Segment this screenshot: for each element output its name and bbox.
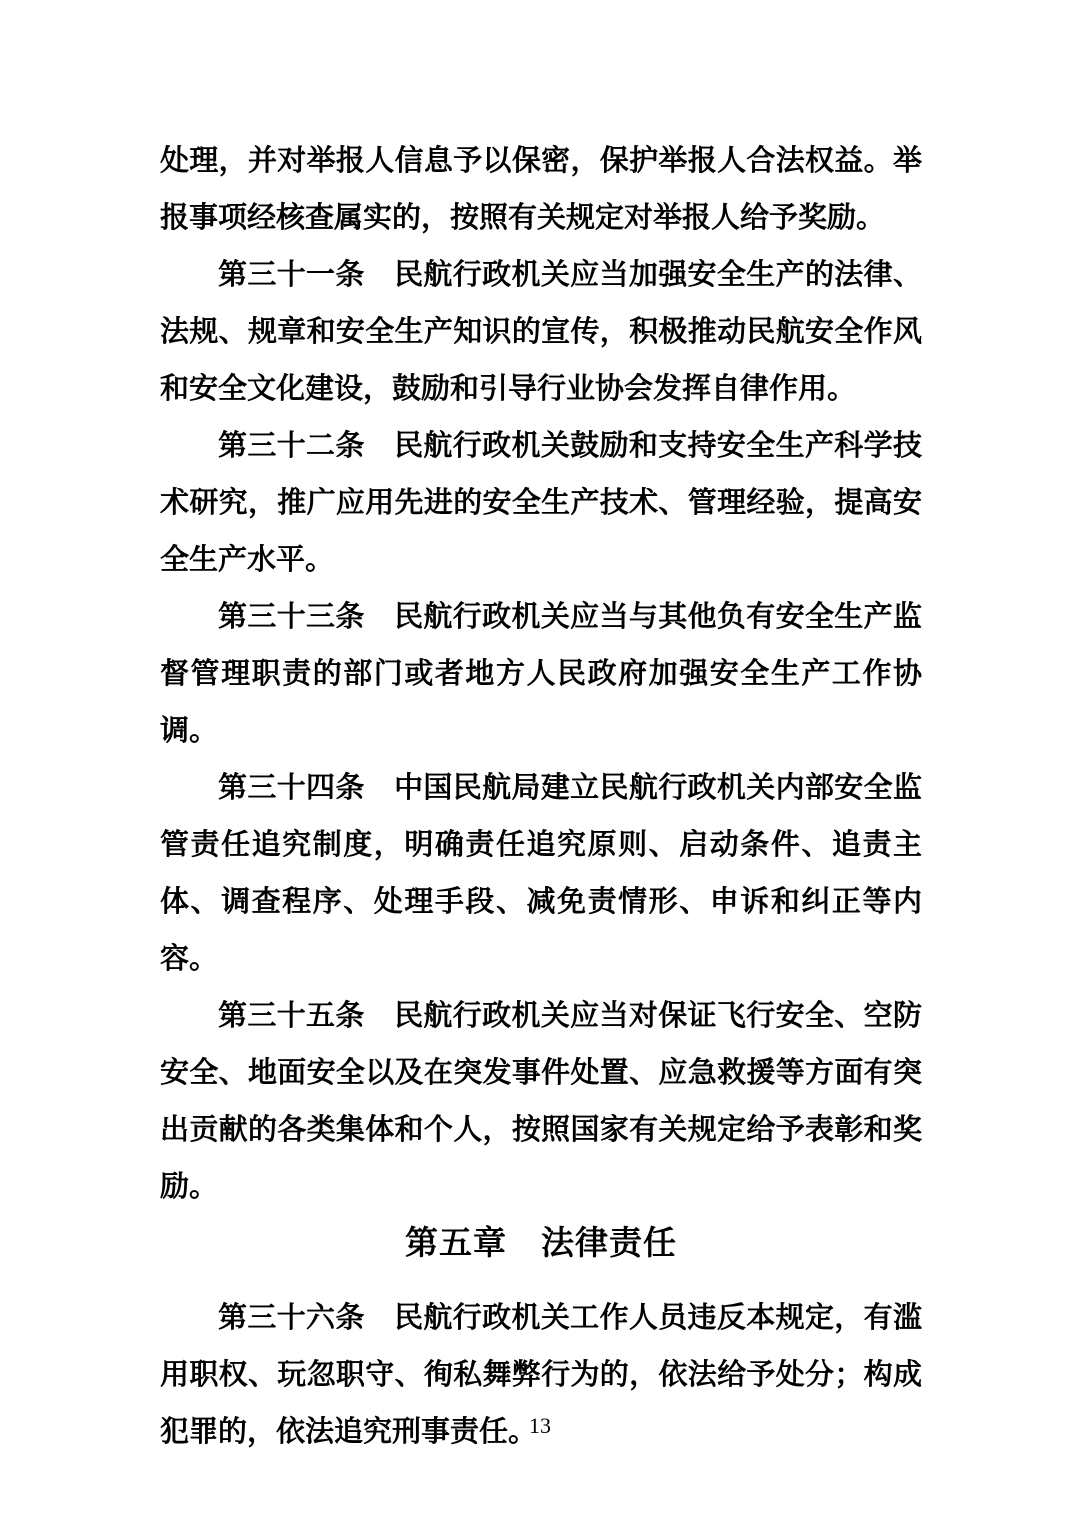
page-number: 13 — [0, 1413, 1080, 1439]
document-body: 处理，并对举报人信息予以保密，保护举报人合法权益。举报事项经核查属实的，按照有关… — [160, 133, 922, 1461]
paragraph-article-33: 第三十三条 民航行政机关应当与其他负有安全生产监督管理职责的部门或者地方人民政府… — [160, 589, 922, 760]
paragraph-continuation: 处理，并对举报人信息予以保密，保护举报人合法权益。举报事项经核查属实的，按照有关… — [160, 133, 922, 247]
paragraph-article-32: 第三十二条 民航行政机关鼓励和支持安全生产科学技术研究，推广应用先进的安全生产技… — [160, 418, 922, 589]
paragraph-article-35: 第三十五条 民航行政机关应当对保证飞行安全、空防安全、地面安全以及在突发事件处置… — [160, 988, 922, 1216]
chapter-heading: 第五章 法律责任 — [160, 1216, 922, 1273]
paragraph-article-34: 第三十四条 中国民航局建立民航行政机关内部安全监管责任追究制度，明确责任追究原则… — [160, 760, 922, 988]
paragraph-article-31: 第三十一条 民航行政机关应当加强安全生产的法律、法规、规章和安全生产知识的宣传，… — [160, 247, 922, 418]
document-page: 处理，并对举报人信息予以保密，保护举报人合法权益。举报事项经核查属实的，按照有关… — [0, 0, 1080, 1527]
